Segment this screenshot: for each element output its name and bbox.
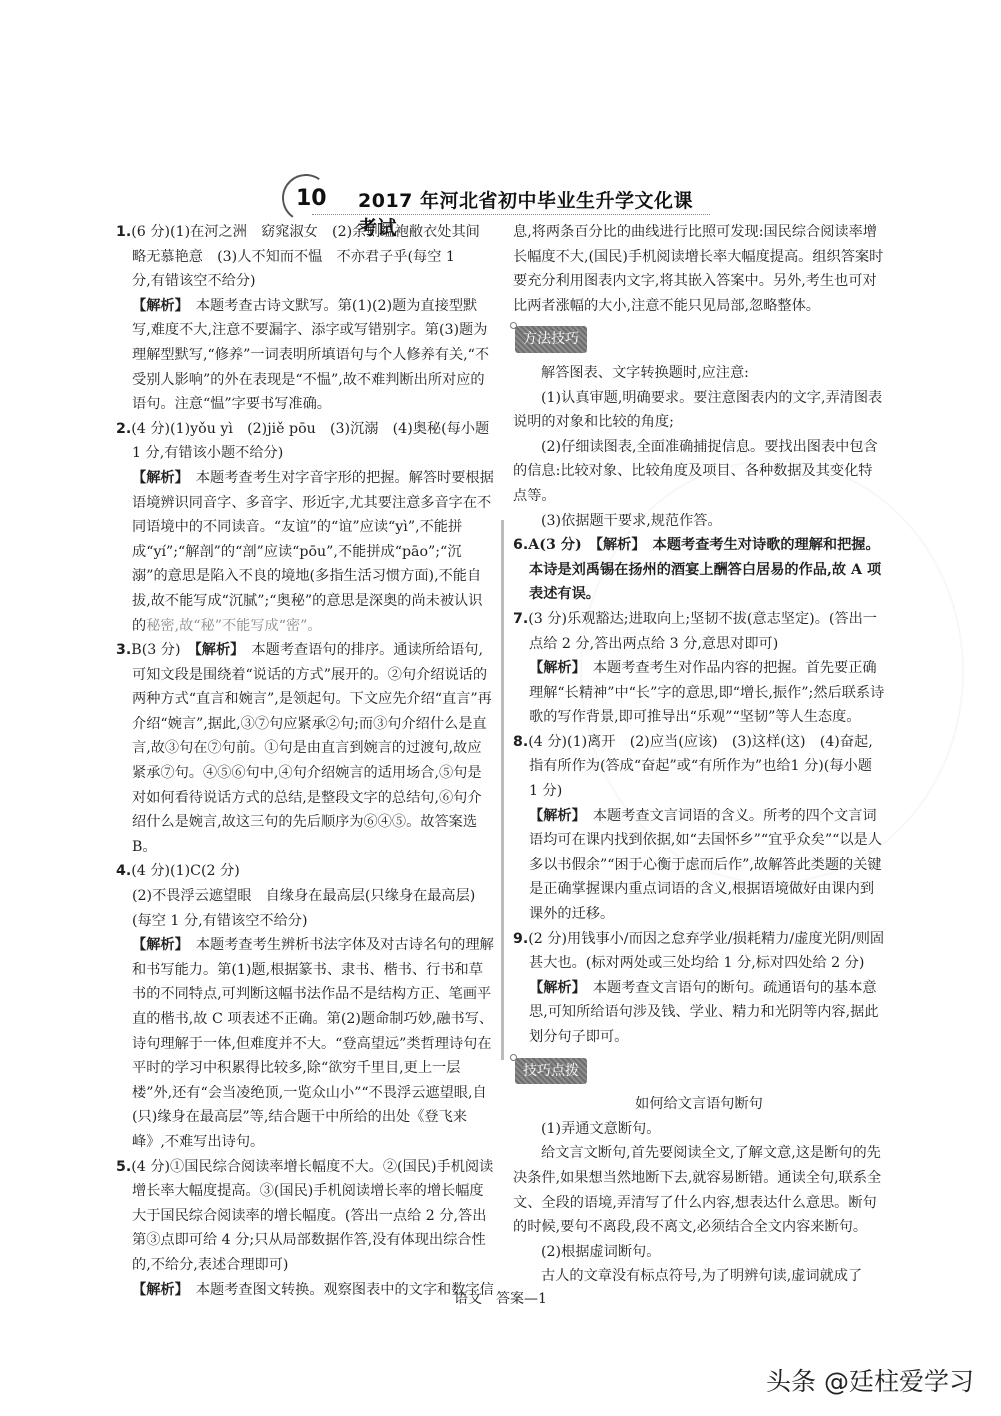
skill-tips-badge: 技巧点拨 (515, 1058, 587, 1085)
answer-text: (4 分)①国民综合阅读率增长幅度不大。②(国民)手机阅读增长率大幅度提高。③(… (131, 1159, 493, 1273)
answer-line: (2)不畏浮云遮望眼 自缘身在最高层(只缘身在最高层) (116, 884, 494, 909)
answer-line: 略无慕艳意 (3)人不知而不愠 不亦君子乎(每空 1 (116, 245, 494, 270)
answer-line: 分,有错该空不给分) (116, 269, 494, 294)
analysis-label: 【解析】 (132, 470, 182, 486)
question-8: 8.(4 分)(1)离开 (2)应当(应该) (3)这样(这) (4)奋起,指有… (513, 730, 885, 927)
analysis-text: 本题考查古诗文默写。第(1)(2)题为直接型默写,难度不大,注意不要漏字、添字或… (132, 298, 489, 412)
question-number: 5. (116, 1159, 131, 1175)
question-1: 1.(6 分)(1)在河之洲 窈窕淑女 (2)余则缊袍敝衣处其间 略无慕艳意 (… (116, 220, 494, 417)
answer-line: (每空 1 分,有错该空不给分) (116, 909, 494, 934)
question-2: 2.(4 分)(1)yǒu yì (2)jiě pōu (3)沉溺 (4)奥秘(… (116, 417, 494, 638)
tips-subheading: (1)弄通文意断句。 (513, 1117, 885, 1142)
analysis-text: 本题考查考生对字音字形的把握。解答时要根据语境辨识同音字、多音字、形近字,尤其要… (132, 470, 494, 634)
question-number: 2. (116, 421, 131, 437)
source-watermark: 头条 @廷柱爱学习 (766, 1362, 974, 1398)
answer-text: A(3 分) (528, 537, 581, 553)
analysis-text: 本题考查考生对诗歌的理解和把握。本诗是刘禹锡在扬州的酒宴上酬答白居易的作品,故 … (529, 537, 881, 602)
tips-paragraph: 古人的文章没有标点符号,为了明辨句读,虚词就成了 (513, 1264, 885, 1289)
question-number: 7. (513, 611, 528, 627)
question-3: 3.B(3 分) 【解析】 本题考查语句的排序。通读所给语句,可知文段是围绕着“… (116, 638, 494, 859)
analysis-label: 【解析】 (529, 660, 579, 676)
page-number: 10 (296, 186, 327, 211)
analysis-label: 【解析】 (195, 642, 238, 658)
analysis-text: 本题考查考生对作品内容的把握。首先要正确理解“长精神”中“长”字的意思,即“增长… (529, 660, 884, 725)
page-footer: 语文 答案—1 (0, 1288, 1001, 1308)
header-dotted-rule (312, 214, 710, 215)
method-point: (1)认真审题,明确要求。要注意图表内的文字,弄清图表说明的对象和比较的角度; (513, 386, 885, 435)
question-6: 6.A(3 分) 【解析】 本题考查考生对诗歌的理解和把握。本诗是刘禹锡在扬州的… (513, 533, 885, 607)
left-column: 1.(6 分)(1)在河之洲 窈窕淑女 (2)余则缊袍敝衣处其间 略无慕艳意 (… (116, 220, 494, 1302)
analysis-label: 【解析】 (132, 937, 182, 953)
question-number: 4. (116, 863, 131, 879)
method-tips-badge: 方法技巧 (515, 326, 587, 353)
answer-line: (6 分)(1)在河之洲 窈窕淑女 (2)余则缊袍敝衣处其间 (131, 224, 480, 240)
question-number: 6. (513, 537, 528, 553)
method-point: (2)仔细读图表,全面准确捕捉信息。要找出图表中包含的信息:比较对象、比较角度及… (513, 435, 885, 509)
page-header: 10 2017 年河北省初中毕业生升学文化课考试 (282, 172, 702, 212)
question-9: 9.(2 分)用钱事小/而因之怠弃学业/损耗精力/虚度光阴/则固甚大也。(标对两… (513, 927, 885, 1050)
analysis-label: 【解析】 (529, 980, 579, 996)
question-number: 9. (513, 931, 528, 947)
method-point: (3)依据题干要求,规范作答。 (513, 509, 885, 534)
method-intro: 解答图表、文字转换题时,应注意: (513, 361, 885, 386)
question-number: 1. (116, 224, 131, 240)
analysis-text: 本题考查语句的排序。通读所给语句,可知文段是围绕着“说话的方式”展开的。②句介绍… (132, 642, 492, 855)
skill-tips-section: 如何给文言语句断句 (1)弄通文意断句。 给文言文断句,首先要阅读全文,了解文意… (513, 1092, 885, 1289)
tips-title: 如何给文言语句断句 (513, 1092, 885, 1117)
analysis-label: 【解析】 (529, 808, 579, 824)
question-number: 8. (513, 734, 528, 750)
answer-text: (4 分)(1)离开 (2)应当(应该) (3)这样(这) (4)奋起,指有所作… (528, 734, 872, 799)
analysis-text: 本题考查文言词语的含义。所考的四个文言词语均可在课内找到依据,如“去国怀乡”“宜… (529, 808, 882, 922)
answer-text: (3 分)乐观豁达;进取向上;坚韧不拔(意志坚定)。(答出一点给 2 分,答出两… (528, 611, 877, 652)
tips-paragraph: 给文言文断句,首先要阅读全文,了解文意,这是断句的先决条件,如果想当然地断下去,… (513, 1141, 885, 1239)
answer-text: B(3 分) (131, 642, 180, 658)
column-divider (501, 520, 504, 1060)
analysis-label: 【解析】 (132, 298, 182, 314)
question-number: 3. (116, 642, 131, 658)
analysis-label: 【解析】 (596, 537, 639, 553)
analysis-text-faded: 秘密,故“秘”不能写成“密”。 (146, 618, 321, 634)
question-5: 5.(4 分)①国民综合阅读率增长幅度不大。②(国民)手机阅读增长率大幅度提高。… (116, 1155, 494, 1303)
answer-text: (4 分)(1)yǒu yì (2)jiě pōu (3)沉溺 (4)奥秘(每小… (131, 421, 489, 462)
answer-line: (4 分)(1)C(2 分) (131, 863, 240, 879)
analysis-text: 本题考查考生辨析书法字体及对古诗名句的理解和书写能力。第(1)题,根据篆书、隶书… (132, 937, 494, 1150)
analysis-text: 本题考查文言语句的断句。疏通语句的基本意思,可知所给语句涉及钱、学业、精力和光阴… (529, 980, 879, 1045)
question-5-analysis-continued: 息,将两条百分比的曲线进行比照可发现:国民综合阅读率增长幅度不大,(国民)手机阅… (513, 220, 885, 318)
right-column: 息,将两条百分比的曲线进行比照可发现:国民综合阅读率增长幅度不大,(国民)手机阅… (513, 220, 885, 1289)
answer-text: (2 分)用钱事小/而因之怠弃学业/损耗精力/虚度光阴/则固甚大也。(标对两处或… (528, 931, 884, 972)
tips-subheading: (2)根据虚词断句。 (513, 1240, 885, 1265)
question-7: 7.(3 分)乐观豁达;进取向上;坚韧不拔(意志坚定)。(答出一点给 2 分,答… (513, 607, 885, 730)
question-4: 4.(4 分)(1)C(2 分) (2)不畏浮云遮望眼 自缘身在最高层(只缘身在… (116, 859, 494, 1154)
method-tips-section: 解答图表、文字转换题时,应注意: (1)认真审题,明确要求。要注意图表内的文字,… (513, 361, 885, 533)
